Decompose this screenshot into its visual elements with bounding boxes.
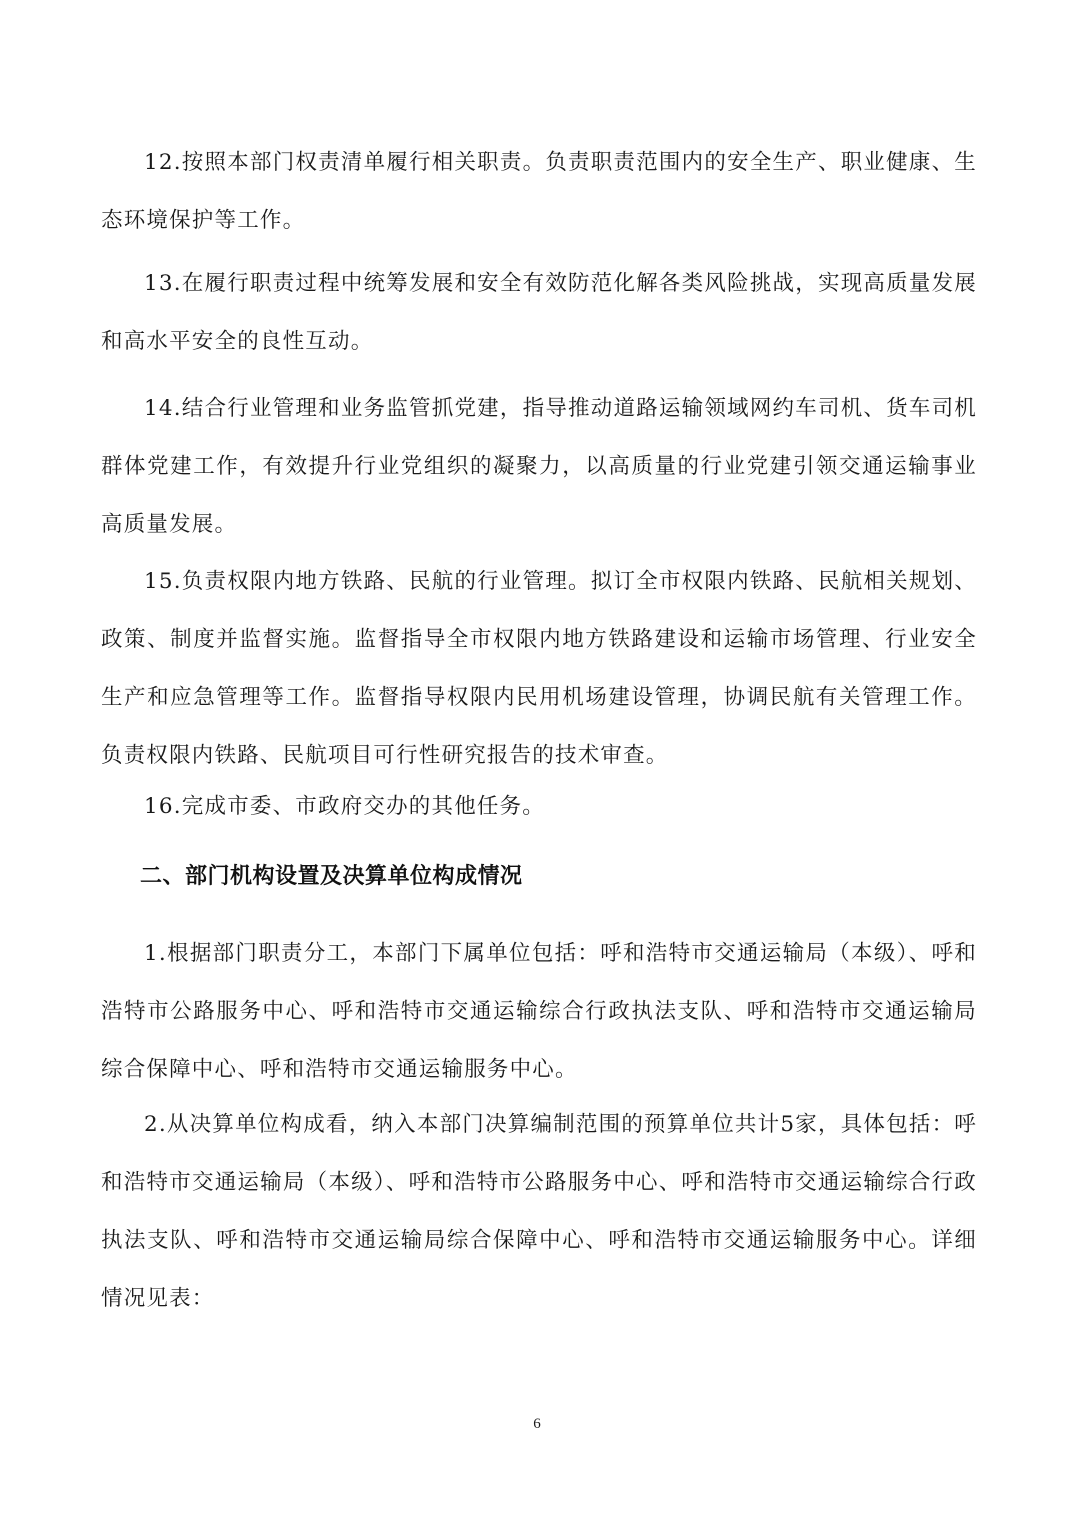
paragraph-item-16: 16.完成市委、市政府交办的其他任务。 — [101, 778, 977, 836]
page-number: 6 — [0, 1414, 1074, 1434]
document-page: 12.按照本部门权责清单履行相关职责。负责职责范围内的安全生产、职业健康、生态环… — [0, 0, 1074, 1520]
paragraph-item-12: 12.按照本部门权责清单履行相关职责。负责职责范围内的安全生产、职业健康、生态环… — [101, 134, 977, 250]
paragraph-item-15: 15.负责权限内地方铁路、民航的行业管理。拟订全市权限内铁路、民航相关规划、政策… — [101, 553, 977, 785]
section-heading: 二、部门机构设置及决算单位构成情况 — [140, 857, 523, 897]
paragraph-item-13: 13.在履行职责过程中统筹发展和安全有效防范化解各类风险挑战，实现高质量发展和高… — [101, 255, 977, 371]
paragraph-sec2-item-2: 2.从决算单位构成看，纳入本部门决算编制范围的预算单位共计5家，具体包括：呼和浩… — [101, 1096, 977, 1328]
paragraph-sec2-item-1: 1.根据部门职责分工，本部门下属单位包括：呼和浩特市交通运输局（本级）、呼和浩特… — [101, 925, 977, 1099]
paragraph-item-14: 14.结合行业管理和业务监管抓党建，指导推动道路运输领域网约车司机、货车司机群体… — [101, 380, 977, 554]
